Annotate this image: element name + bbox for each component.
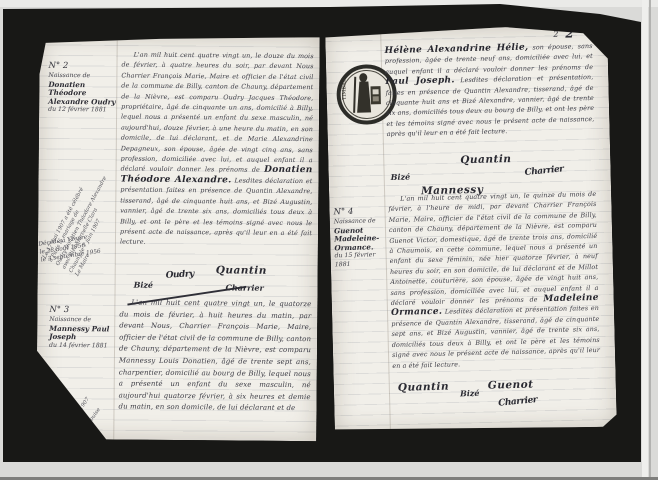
act2-body: L'an mil huit cent quatre vingt un, le d… [120, 50, 314, 249]
signature-charrier-act4: Charrier [498, 395, 538, 409]
signature-bize-act2: Bizé [134, 280, 154, 290]
act4-text-pre: L'an mil huit cent quatre vingt un, le q… [388, 190, 598, 307]
act3-body-begin: L'an mil huit cent quatre vingt un, le q… [118, 297, 311, 415]
signature-quantin-act3: Quantin [460, 153, 511, 166]
act3-body-continuation: Hélène Alexandrine Hélie, son épouse, sa… [385, 41, 595, 140]
act4-number: N° 4 [333, 207, 353, 217]
signature-quantin-act2: Quantin [216, 264, 267, 276]
act4-body: L'an mil huit cent quatre vingt un, le q… [388, 189, 600, 371]
scan-right-edge [642, 0, 648, 480]
act2-child-name-1: Donatien Théodore [48, 80, 116, 98]
stamp-label: TIMBRE [341, 78, 348, 100]
signature-bize-act4: Bizé [460, 388, 480, 398]
signature-bize-act3: Bizé [391, 171, 411, 181]
act3-date: du 14 février 1881 [49, 342, 115, 351]
act3-child-name: Mannessy Paul Joseph [49, 324, 115, 342]
signature-quantin-act4: Quantin [398, 381, 449, 394]
act3-child-fullname: Paul Joseph. [385, 76, 455, 88]
margin-note-act3: N° 3 Naissance de Mannessy Paul Joseph d… [49, 297, 115, 351]
signature-charrier-act2: Charrier [226, 282, 264, 292]
act2-date: du 12 février 1881 [48, 106, 116, 115]
scan-right-edge-line [649, 0, 651, 480]
register-scan: N° 2 Naissance de Donatien Théodore Alex… [0, 0, 658, 480]
act2-text-pre: L'an mil huit cent quatre vingt un, le d… [121, 51, 314, 175]
act4-date: du 15 février 1881 [335, 251, 387, 269]
margin-note-act4: N° 4 Naissance de Guenot Madeleine- Orma… [333, 198, 387, 270]
margin-note-act2: N° 2 Naissance de Donatien Théodore Alex… [48, 53, 117, 116]
signature-oudry-act2: Oudry [165, 269, 194, 281]
scanner-top-strip [0, 0, 658, 7]
act2-text-post: Lesdites déclaration et présentation fai… [120, 176, 313, 246]
signature-charrier-act3: Charrier [524, 164, 564, 178]
act2-number: N° 2 [48, 61, 68, 71]
signature-guenot-act4: Guenot [488, 379, 534, 392]
act3-number: N° 3 [49, 305, 69, 315]
right-page: 2 2 TIMBRE Hélène Alexandrine Hélie, son… [325, 25, 617, 434]
left-page: N° 2 Naissance de Donatien Théodore Alex… [36, 35, 320, 441]
act4-child-name-1: Guenot Madeleine- [334, 226, 386, 244]
